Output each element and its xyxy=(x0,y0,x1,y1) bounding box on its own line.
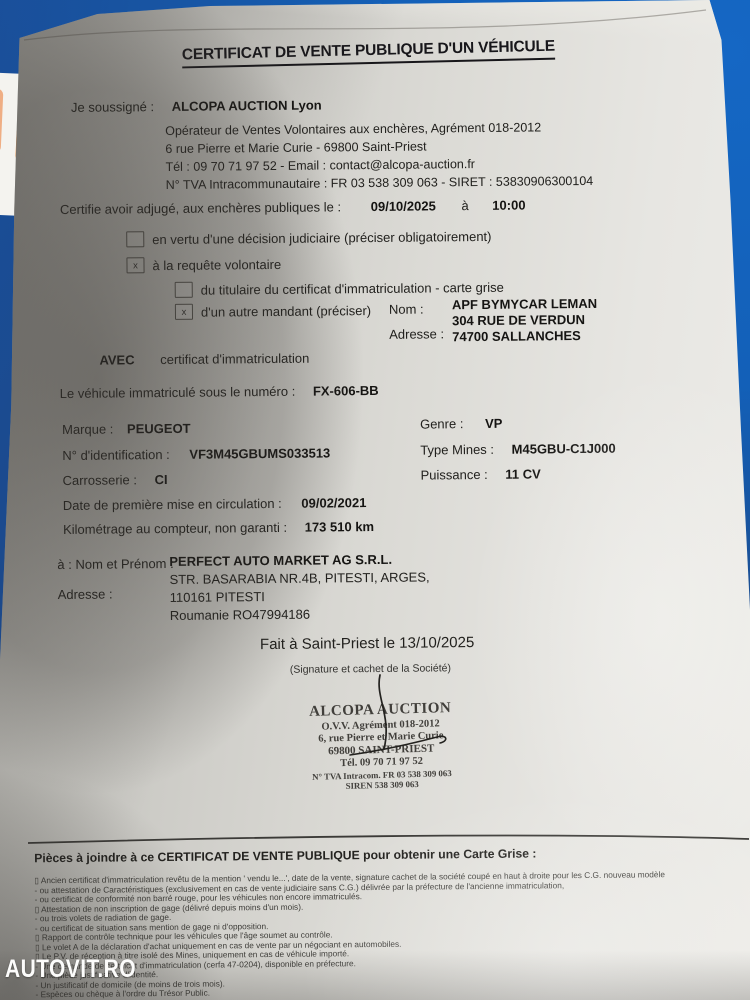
avec-rest: certificat d'immatriculation xyxy=(160,351,309,367)
checkbox-other-mandant: x xyxy=(175,304,193,320)
field-value: PEUGEOT xyxy=(127,421,191,437)
vehicle-row-vin: N° d'identification : VF3M45GBUMS033513 xyxy=(62,445,330,463)
field-label: N° d'identification : xyxy=(62,447,170,463)
field-value: M45GBU-C1J000 xyxy=(512,441,616,457)
seller-line: Tél : 09 70 71 97 52 - Email : contact@a… xyxy=(165,157,475,174)
buyer-name: PERFECT AUTO MARKET AG S.R.L. xyxy=(169,552,392,569)
checkbox-judicial xyxy=(126,231,144,247)
checkbox-judicial-label: en vertu d'une décision judiciaire (préc… xyxy=(152,228,491,246)
person-arm-icon xyxy=(0,89,3,153)
checkbox-row-holder: du titulaire du certificat d'immatricula… xyxy=(175,279,504,298)
pieces-item: - Espèces ou chèque à l'ordre du Trésor … xyxy=(35,989,210,1000)
signed-at-line: Fait à Saint-Priest le 13/10/2025 xyxy=(260,634,474,653)
field-label: Puissance : xyxy=(420,467,487,483)
seller-intro-row: Je soussigné : ALCOPA AUCTION Lyon xyxy=(71,97,322,114)
autovit-watermark: AUTOVIT.RO xyxy=(5,955,136,984)
checkbox-mark: x xyxy=(182,306,187,317)
seller-name: ALCOPA AUCTION Lyon xyxy=(172,97,322,113)
vehicle-row-marque: Marque : PEUGEOT xyxy=(62,421,191,437)
field-label: Genre : xyxy=(420,416,464,431)
vehicle-row-carrosserie: Carrosserie : CI xyxy=(62,472,167,488)
avec-row: AVEC certificat d'immatriculation xyxy=(99,351,309,368)
registration-row: Le véhicule immatriculé sous le numéro :… xyxy=(60,383,379,401)
field-value: VF3M45GBUMS033513 xyxy=(189,445,330,461)
seller-line: N° TVA Intracommunautaire : FR 03 538 30… xyxy=(166,174,594,192)
field-label: Kilométrage au compteur, non garanti : xyxy=(63,520,287,537)
vehicle-row-mileage: Kilométrage au compteur, non garanti : 1… xyxy=(63,519,374,537)
checkbox-row-judicial: en vertu d'une décision judiciaire (préc… xyxy=(126,228,491,248)
field-value: 173 510 km xyxy=(305,519,375,535)
mandant-name-label: Nom : xyxy=(389,302,424,317)
company-stamp: ALCOPA AUCTION O.V.V. Agrément 018-2012 … xyxy=(260,699,502,794)
buyer-address-line: Roumanie RO47994186 xyxy=(170,607,310,623)
field-label: Date de première mise en circulation : xyxy=(63,496,282,513)
photo-scene: CERTIFICAT DE VENTE PUBLIQUE D'UN VÉHICU… xyxy=(0,0,750,1000)
document-title: CERTIFICAT DE VENTE PUBLIQUE D'UN VÉHICU… xyxy=(182,38,555,69)
seller-line: Opérateur de Ventes Volontaires aux ench… xyxy=(165,120,541,138)
pieces-heading: Pièces à joindre à ce CERTIFICAT DE VENT… xyxy=(34,846,536,865)
buyer-address-line: 110161 PITESTI xyxy=(170,589,265,605)
buyer-to-label: à : Nom et Prénom : xyxy=(57,556,173,572)
avec-word: AVEC xyxy=(99,352,134,367)
field-value: 11 CV xyxy=(505,466,541,481)
field-label: Type Mines : xyxy=(420,442,494,458)
vehicle-row-genre: Genre : VP xyxy=(420,416,502,432)
seller-line: 6 rue Pierre et Marie Curie - 69800 Sain… xyxy=(165,139,426,156)
checkbox-other-mandant-label: d'un autre mandant (préciser) xyxy=(201,303,371,320)
auction-at-word: à xyxy=(461,198,468,213)
mandant-address-line1: 304 RUE DE VERDUN xyxy=(452,312,585,328)
signature-caption: (Signature et cachet de la Société) xyxy=(290,662,451,676)
buyer-address-label: Adresse : xyxy=(58,587,113,603)
field-label: Marque : xyxy=(62,422,113,437)
mandant-name-value: APF BYMYCAR LEMAN xyxy=(452,296,597,312)
seller-intro-label: Je soussigné : xyxy=(71,99,154,115)
registration-label: Le véhicule immatriculé sous le numéro : xyxy=(60,384,296,401)
vehicle-row-type-mines: Type Mines : M45GBU-C1J000 xyxy=(420,441,616,458)
checkbox-mark: x xyxy=(133,260,138,271)
vehicle-row-first-registration: Date de première mise en circulation : 0… xyxy=(63,495,367,513)
buyer-address-line: STR. BASARABIA NR.4B, PITESTI, ARGES, xyxy=(169,569,429,586)
checkbox-holder-label: du titulaire du certificat d'immatricula… xyxy=(201,279,504,297)
document-content: CERTIFICAT DE VENTE PUBLIQUE D'UN VÉHICU… xyxy=(0,0,750,1000)
checkbox-voluntary-label: à la requête volontaire xyxy=(152,256,281,272)
field-value: 09/02/2021 xyxy=(301,495,366,511)
auction-date-label: Certifie avoir adjugé, aux enchères publ… xyxy=(60,199,341,217)
checkbox-voluntary: x xyxy=(126,257,144,273)
field-label: Carrosserie : xyxy=(62,472,137,488)
auction-time-value: 10:00 xyxy=(492,198,525,213)
registration-number: FX-606-BB xyxy=(313,383,379,399)
field-value: CI xyxy=(155,472,168,487)
checkbox-row-other-mandant: x d'un autre mandant (préciser) xyxy=(175,302,371,320)
mandant-address-line2: 74700 SALLANCHES xyxy=(452,328,581,344)
field-value: VP xyxy=(485,416,502,431)
checkbox-holder xyxy=(175,282,193,298)
mandant-address-label: Adresse : xyxy=(389,326,444,342)
auction-date-row: Certifie avoir adjugé, aux enchères publ… xyxy=(60,198,526,217)
checkbox-row-voluntary: x à la requête volontaire xyxy=(126,256,281,273)
certificate-document: CERTIFICAT DE VENTE PUBLIQUE D'UN VÉHICU… xyxy=(0,0,750,1000)
vehicle-row-puissance: Puissance : 11 CV xyxy=(420,466,540,482)
auction-date-value: 09/10/2025 xyxy=(371,198,436,214)
